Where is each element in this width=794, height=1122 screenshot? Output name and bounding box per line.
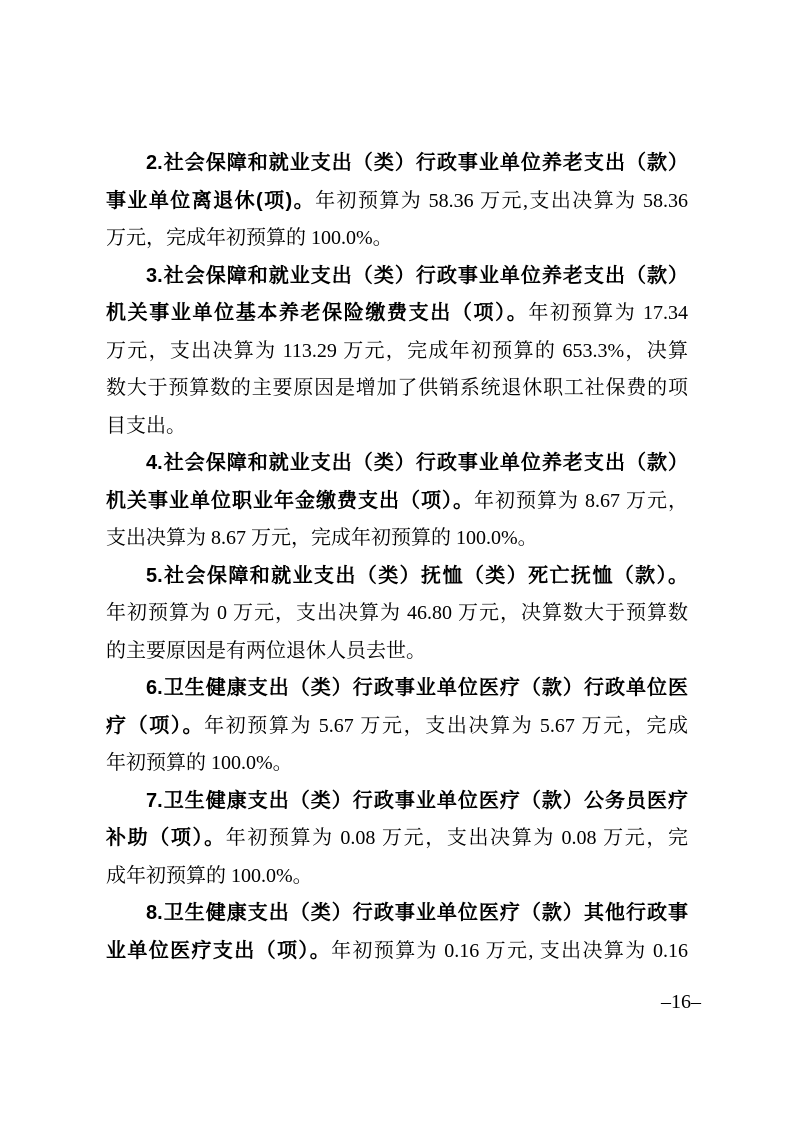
paragraph-heading-text: 机关事业单位基本养老保险缴费支出（项）。 xyxy=(106,302,528,324)
text-line: 万元，支出决算为 113.29 万元，完成年初预算的 653.3%，决算 xyxy=(106,333,688,371)
paragraph-body-text: 年初预算为 8.67 万元， xyxy=(474,490,688,512)
text-line: 3.社会保障和就业支出（类）行政事业单位养老支出（款） xyxy=(106,258,688,296)
text-line: 业单位医疗支出（项）。年初预算为 0.16 万元, 支出决算为 0.16 xyxy=(106,933,688,971)
text-line: 万元，完成年初预算的 100.0%。 xyxy=(106,220,688,258)
paragraph-heading-text: 业单位医疗支出（项）。 xyxy=(106,940,331,962)
text-line: 8.卫生健康支出（类）行政事业单位医疗（款）其他行政事 xyxy=(106,895,688,933)
text-line: 补助（项）。年初预算为 0.08 万元，支出决算为 0.08 万元，完 xyxy=(106,820,688,858)
paragraph-body-text: 成年初预算的 100.0%。 xyxy=(106,865,313,887)
paragraph-heading-text: 机关事业单位职业年金缴费支出（项）。 xyxy=(106,490,474,512)
paragraph-body-text: 年初预算为 0.16 万元, 支出决算为 0.16 xyxy=(331,940,688,962)
text-line: 4.社会保障和就业支出（类）行政事业单位养老支出（款） xyxy=(106,445,688,483)
paragraph-body-text: 年初预算为 0 万元，支出决算为 46.80 万元，决算数大于预算数 xyxy=(106,602,688,624)
text-line: 6.卫生健康支出（类）行政事业单位医疗（款）行政单位医 xyxy=(106,670,688,708)
paragraph-body-text: 年初预算为 58.36 万元,支出决算为 58.36 xyxy=(315,190,688,212)
text-line: 机关事业单位基本养老保险缴费支出（项）。年初预算为 17.34 xyxy=(106,295,688,333)
text-line: 事业单位离退休(项)。年初预算为 58.36 万元,支出决算为 58.36 xyxy=(106,183,688,221)
paragraph-body-text: 目支出。 xyxy=(106,415,186,437)
paragraph-body-text: 数大于预算数的主要原因是增加了供销系统退休职工社保费的项 xyxy=(106,377,688,399)
paragraph: 2.社会保障和就业支出（类）行政事业单位养老支出（款）事业单位离退休(项)。年初… xyxy=(106,145,688,258)
paragraph-heading-text: 补助（项）。 xyxy=(106,827,226,849)
paragraph: 3.社会保障和就业支出（类）行政事业单位养老支出（款）机关事业单位基本养老保险缴… xyxy=(106,258,688,446)
paragraph-heading-text: 事业单位离退休(项)。 xyxy=(106,190,315,212)
text-line: 数大于预算数的主要原因是增加了供销系统退休职工社保费的项 xyxy=(106,370,688,408)
paragraph: 5.社会保障和就业支出（类）抚恤（类）死亡抚恤（款）。年初预算为 0 万元，支出… xyxy=(106,558,688,671)
paragraph-heading-text: 疗（项）。 xyxy=(106,715,204,737)
paragraph-heading-text: 5.社会保障和就业支出（类）抚恤（类）死亡抚恤（款）。 xyxy=(146,565,688,587)
text-line: 机关事业单位职业年金缴费支出（项）。年初预算为 8.67 万元， xyxy=(106,483,688,521)
text-line: 的主要原因是有两位退休人员去世。 xyxy=(106,633,688,671)
page-number: –16– xyxy=(661,989,701,1015)
paragraph-heading-text: 7.卫生健康支出（类）行政事业单位医疗（款）公务员医疗 xyxy=(146,790,688,812)
text-line: 疗（项）。年初预算为 5.67 万元，支出决算为 5.67 万元，完成 xyxy=(106,708,688,746)
text-line: 成年初预算的 100.0%。 xyxy=(106,858,688,896)
paragraph-heading-text: 6.卫生健康支出（类）行政事业单位医疗（款）行政单位医 xyxy=(146,677,688,699)
paragraph: 6.卫生健康支出（类）行政事业单位医疗（款）行政单位医疗（项）。年初预算为 5.… xyxy=(106,670,688,783)
text-content: 2.社会保障和就业支出（类）行政事业单位养老支出（款）事业单位离退休(项)。年初… xyxy=(106,145,688,970)
document-page: 2.社会保障和就业支出（类）行政事业单位养老支出（款）事业单位离退休(项)。年初… xyxy=(0,0,794,1122)
paragraph-body-text: 万元，完成年初预算的 100.0%。 xyxy=(106,227,393,249)
paragraph: 8.卫生健康支出（类）行政事业单位医疗（款）其他行政事业单位医疗支出（项）。年初… xyxy=(106,895,688,970)
paragraph-body-text: 支出决算为 8.67 万元，完成年初预算的 100.0%。 xyxy=(106,527,538,549)
text-line: 2.社会保障和就业支出（类）行政事业单位养老支出（款） xyxy=(106,145,688,183)
paragraph-body-text: 年初预算的 100.0%。 xyxy=(106,752,293,774)
paragraph-heading-text: 4.社会保障和就业支出（类）行政事业单位养老支出（款） xyxy=(146,452,688,474)
paragraph-body-text: 万元，支出决算为 113.29 万元，完成年初预算的 653.3%，决算 xyxy=(106,340,688,362)
text-line: 目支出。 xyxy=(106,408,688,446)
paragraph-heading-text: 2.社会保障和就业支出（类）行政事业单位养老支出（款） xyxy=(146,152,688,174)
paragraph-body-text: 年初预算为 5.67 万元，支出决算为 5.67 万元，完成 xyxy=(204,715,688,737)
paragraph: 4.社会保障和就业支出（类）行政事业单位养老支出（款）机关事业单位职业年金缴费支… xyxy=(106,445,688,558)
paragraph-body-text: 年初预算为 0.08 万元，支出决算为 0.08 万元，完 xyxy=(226,827,688,849)
text-line: 年初预算为 0 万元，支出决算为 46.80 万元，决算数大于预算数 xyxy=(106,595,688,633)
text-line: 7.卫生健康支出（类）行政事业单位医疗（款）公务员医疗 xyxy=(106,783,688,821)
paragraph: 7.卫生健康支出（类）行政事业单位医疗（款）公务员医疗补助（项）。年初预算为 0… xyxy=(106,783,688,896)
paragraph-heading-text: 3.社会保障和就业支出（类）行政事业单位养老支出（款） xyxy=(146,265,688,287)
paragraph-body-text: 的主要原因是有两位退休人员去世。 xyxy=(106,640,426,662)
paragraph-heading-text: 8.卫生健康支出（类）行政事业单位医疗（款）其他行政事 xyxy=(146,902,688,924)
text-line: 5.社会保障和就业支出（类）抚恤（类）死亡抚恤（款）。 xyxy=(106,558,688,596)
paragraph-body-text: 年初预算为 17.34 xyxy=(528,302,688,324)
text-line: 年初预算的 100.0%。 xyxy=(106,745,688,783)
text-line: 支出决算为 8.67 万元，完成年初预算的 100.0%。 xyxy=(106,520,688,558)
